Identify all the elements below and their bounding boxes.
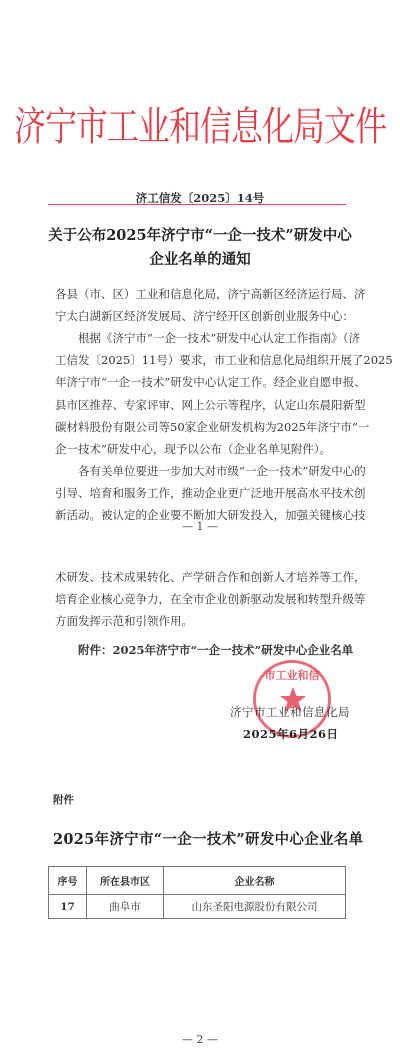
paragraph-continuation: 术研发、技术成果转化、产学研合作和创新人才培养等工作， 培育企业核心竞争力，在全… [55,566,347,633]
signature-date: 2025年6月26日 [243,726,339,742]
paragraph-line: 年济宁市“一企一技术”研发中心认定工作。经企业自愿申报、 [55,371,347,393]
table-header-row: 序号 所在县市区 企业名称 [49,867,346,895]
paragraph-line: 工信发〔2025〕11号）要求，市工业和信息化局组织开展了2025 [55,349,347,371]
page-number-2: — 2 — [0,1033,400,1046]
issuer-banner: 济宁市工业和信息化局文件 [0,101,400,151]
red-divider [48,204,346,205]
cell-company: 山东圣阳电源股份有限公司 [164,895,346,919]
enterprise-table: 序号 所在县市区 企业名称 17 曲阜市 山东圣阳电源股份有限公司 [48,866,346,919]
column-header: 企业名称 [164,867,346,895]
document-title-line1: 关于公布2025年济宁市“一企一技术”研发中心 [0,224,400,248]
paragraph-1: 根据《济宁市“一企一技术”研发中心认定工作指南》（济 工信发〔2025〕11号）… [55,327,347,460]
signature-organization: 济宁市工业和信息化局 [230,704,350,720]
paragraph-line: 县市区推荐、专家评审、网上公示等程序，认定山东晨阳新型 [55,394,347,416]
recipients-line: 宁太白湖新区经济发展局、济宁经开区创新创业服务中心： [55,305,347,327]
recipients-line: 各县（市、区）工业和信息化局，济宁高新区经济运行局、济 [55,283,347,305]
annex-title: 2025年济宁市“一企一技术”研发中心企业名单 [53,828,363,849]
column-header: 所在县市区 [87,867,164,895]
recipients: 各县（市、区）工业和信息化局，济宁高新区经济运行局、济 宁太白湖新区经济发展局、… [55,283,347,327]
table-row: 17 曲阜市 山东圣阳电源股份有限公司 [49,895,346,919]
paragraph-line: 各有关单位要进一步加大对市级“一企一技术”研发中心的 [55,460,347,482]
seal-text: 市工业和信 [256,667,328,683]
paragraph-line: 企一技术”研发中心，现予以公布（企业名单见附件）。 [55,438,347,460]
paragraph-line: 方面发挥示范和引领作用。 [55,610,347,632]
paragraph-2: 各有关单位要进一步加大对市级“一企一技术”研发中心的 引导、培育和服务工作，推动… [55,460,347,527]
paragraph-line: 碳材料股份有限公司等50家企业研发机构为2025年济宁市“一 [55,416,347,438]
paragraph-line: 培育企业核心竞争力，在全市企业创新驱动发展和转型升级等 [55,588,347,610]
document-title-line2: 企业名单的通知 [0,248,400,272]
paragraph-line: 术研发、技术成果转化、产学研合作和创新人才培养等工作， [55,566,347,588]
annex-label: 附件 [53,792,74,807]
paragraph-line: 根据《济宁市“一企一技术”研发中心认定工作指南》（济 [55,327,347,349]
paragraph-line: 引导、培育和服务工作，推动企业更广泛地开展高水平技术创 [55,482,347,504]
cell-serial: 17 [49,895,87,919]
attachment-reference: 附件：2025年济宁市“一企一技术”研发中心企业名单 [78,642,353,658]
column-header: 序号 [49,867,87,895]
cell-district: 曲阜市 [87,895,164,919]
page-number-1: — 1 — [0,520,400,533]
